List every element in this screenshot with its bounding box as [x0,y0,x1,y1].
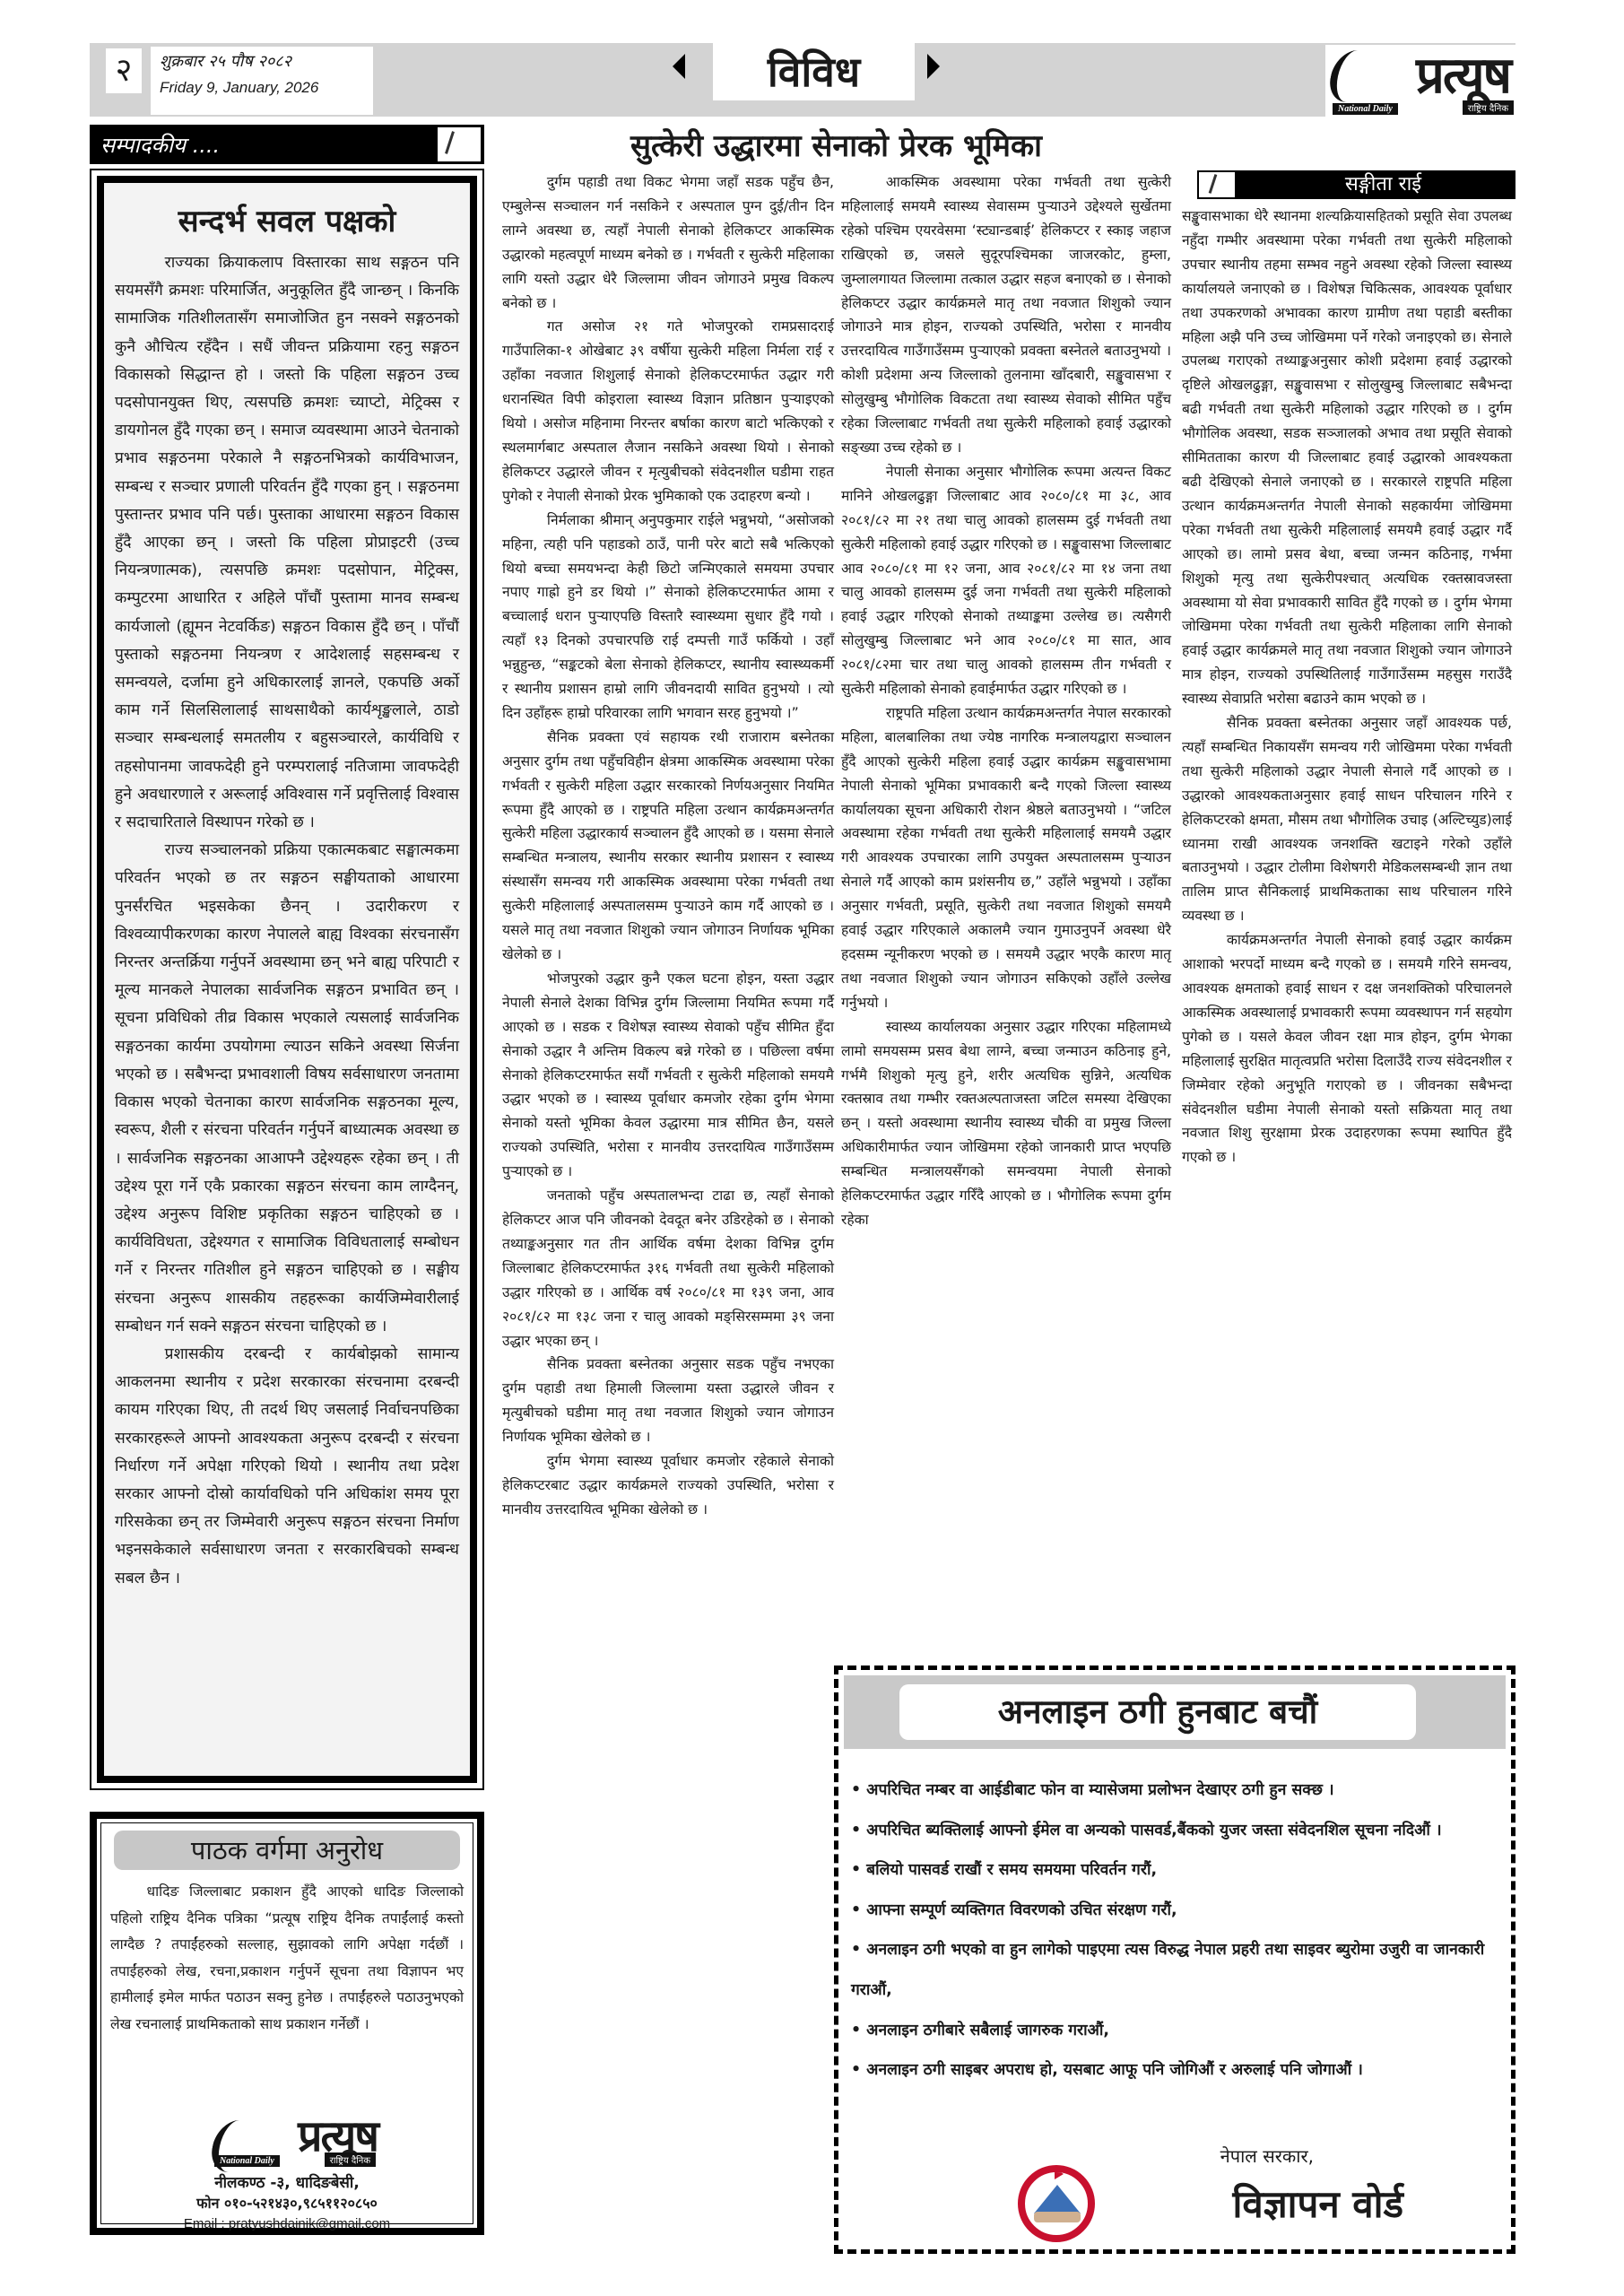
ad-list-item: • अनलाइन ठगीबारे सबैलाई जागरुक गराऔं, [851,2011,1498,2051]
reader-notice-logo: प्रत्यूष National Daily राष्ट्रिय दैनिक [207,2115,378,2169]
article-paragraph: स्वास्थ्य कार्यालयका अनुसार उद्धार गरिएक… [841,1015,1171,1232]
date-nepali: शुक्रबार २५ पौष २०८२ [160,50,291,72]
logo-wordmark: प्रत्यूष [1416,39,1510,108]
ad-list-item: • अनलाइन ठगी साइबर अपराध हो, यसबाट आफू प… [851,2050,1498,2091]
email-link[interactable]: Email : pratyushdainik@gmail.com [101,2216,473,2231]
pen-icon [438,127,481,161]
editorial-paragraph: राज्य सञ्चालनको प्रक्रिया एकात्मकबाट सङ्… [115,837,459,1341]
logo-tag-nepali: राष्ट्रिय दैनिक [1463,100,1514,115]
reader-notice-text: धादिङ जिल्लाबाट प्रकाशन हुँदै आएको धादिङ… [110,1879,464,2038]
section-title: विविध [713,43,915,100]
article-column-2: आकस्मिक अवस्थामा परेका गर्भवती तथा सुत्क… [841,170,1171,1232]
ad-list-item: • आफ्ना सम्पूर्ण व्यक्तिगत विवरणको उचित … [851,1891,1498,1931]
article-paragraph: कार्यक्रमअन्तर्गत नेपाली सेनाको हवाई उद्… [1182,928,1512,1170]
pen-icon [1199,172,1235,197]
article-paragraph: सैनिक प्रवक्ता बस्नेतका अनुसार जहाँ आवश्… [1182,711,1512,928]
ad-board-label: विज्ञापन वोर्ड [1232,2178,1403,2229]
advertisement-box: अनलाइन ठगी हुनबाट बचौं • अपरिचित नम्बर व… [834,1665,1515,2254]
article-column-3: सङ्खुवासभाका धेरै स्थानमा शल्यक्रियासहित… [1182,204,1512,1170]
date-english: Friday 9, January, 2026 [160,79,318,97]
newspaper-logo: प्रत्यूष National Daily राष्ट्रिय दैनिक [1325,45,1515,117]
address: नीलकण्ठ -३, धादिङबेसी, [101,2171,473,2192]
page-number: २ [106,48,142,93]
logo-tag-english: National Daily [214,2155,280,2167]
reader-notice-body: धादिङ जिल्लाबाट प्रकाशन हुँदै आएको धादिङ… [110,1879,464,2038]
author-byline: सङ्गीता राई [1197,170,1515,199]
ad-list-item: • अनलाइन ठगी भएको वा हुन लागेको पाइएमा त… [851,1930,1498,2010]
date-box: शुक्रबार २५ पौष २०८२ Friday 9, January, … [151,47,373,115]
article-paragraph: सङ्खुवासभाका धेरै स्थानमा शल्यक्रियासहित… [1182,204,1512,711]
editorial-paragraph: राज्यका क्रियाकलाप विस्तारका साथ सङ्गठन … [115,249,459,837]
editorial-label: सम्पादकीय .... [100,130,220,160]
editorial-title: सन्दर्भ सवल पक्षको [104,199,470,240]
phone: फोन ०१०-५२१४३०,९८५११२०८५० [101,2193,473,2213]
triangle-right-icon [927,54,940,79]
article-paragraph: निर्मलाका श्रीमान् अनुपकुमार राईले भन्नु… [502,509,834,726]
triangle-left-icon [673,54,685,79]
ad-list-item: • अपरिचित नम्बर वा आईडीबाट फोन वा म्यासे… [851,1770,1498,1811]
article-paragraph: भोजपुरको उद्धार कुनै एकल घटना होइन, यस्त… [502,967,834,1184]
nepal-emblem-icon [1018,2165,1095,2242]
logo-tag-nepali: राष्ट्रिय दैनिक [325,2152,376,2167]
article-paragraph: जनताको पहुँच अस्पतालभन्दा टाढा छ, त्यहाँ… [502,1184,834,1352]
article-paragraph: दुर्गम पहाडी तथा विकट भेगमा जहाँ सडक पहु… [502,170,834,315]
article-paragraph: दुर्गम भेगमा स्वास्थ्य पूर्वाधार कमजोर र… [502,1449,834,1522]
ad-list-item: • अपरिचित ब्यक्तिलाई आफ्नो ईमेल वा अन्यक… [851,1811,1498,1851]
logo-swoosh-icon [1325,50,1379,102]
ad-header: अनलाइन ठगी हुनबाट बचौं [844,1675,1506,1749]
ad-list-item: • बलियो पासवर्ड राखौं र समय समयमा परिवर्… [851,1850,1498,1891]
reader-notice-title: पाठक वर्गमा अनुरोध [114,1831,460,1870]
ad-list: • अपरिचित नम्बर वा आईडीबाट फोन वा म्यासे… [851,1770,1498,2091]
article-column-1: दुर्गम पहाडी तथा विकट भेगमा जहाँ सडक पहु… [502,170,834,1522]
article-paragraph: सैनिक प्रवक्ता बस्नेतका अनुसार सडक पहुँच… [502,1352,834,1449]
logo-tag-english: National Daily [1333,103,1398,115]
author-name: सङ्गीता राई [1251,170,1515,199]
editorial-box: सन्दर्भ सवल पक्षको राज्यका क्रियाकलाप वि… [90,169,484,1790]
article-paragraph: सैनिक प्रवक्ता एवं सहायक रथी राजाराम बस्… [502,726,834,967]
editorial-label-bar: सम्पादकीय .... [90,125,484,164]
editorial-paragraph: प्रशासकीय दरबन्दी र कार्यबोझको सामान्य आ… [115,1341,459,1593]
reader-notice-box: पाठक वर्गमा अनुरोध धादिङ जिल्लाबाट प्रका… [90,1812,484,2235]
ad-government-label: नेपाल सरकार, [1220,2144,1314,2168]
ad-title: अनलाइन ठगी हुनबाट बचौं [899,1684,1416,1740]
editorial-body: राज्यका क्रियाकलाप विस्तारका साथ सङ्गठन … [115,249,459,1593]
article-paragraph: नेपाली सेनाका अनुसार भौगोलिक रूपमा अत्यन… [841,460,1171,701]
article-paragraph: गत असोज २१ गते भोजपुरको रामप्रसादराई गाउ… [502,315,834,508]
article-paragraph: राष्ट्रपति महिला उत्थान कार्यक्रमअन्तर्ग… [841,701,1171,1015]
article-paragraph: आकस्मिक अवस्थामा परेका गर्भवती तथा सुत्क… [841,170,1171,460]
article-headline: सुत्केरी उद्धारमा सेनाको प्रेरक भूमिका [498,124,1175,165]
